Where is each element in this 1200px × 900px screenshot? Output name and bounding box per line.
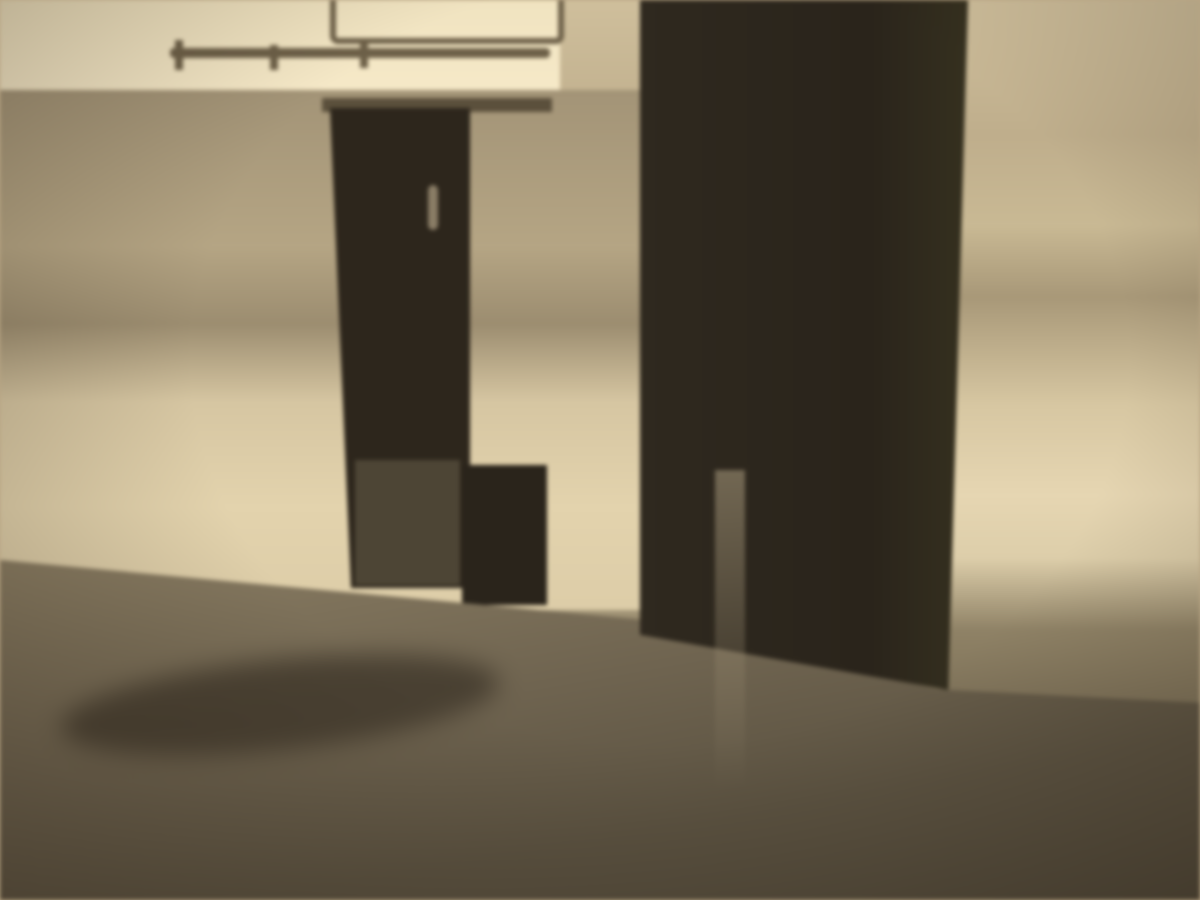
vignette: [0, 0, 1200, 900]
sepia-photograph: [0, 0, 1200, 900]
